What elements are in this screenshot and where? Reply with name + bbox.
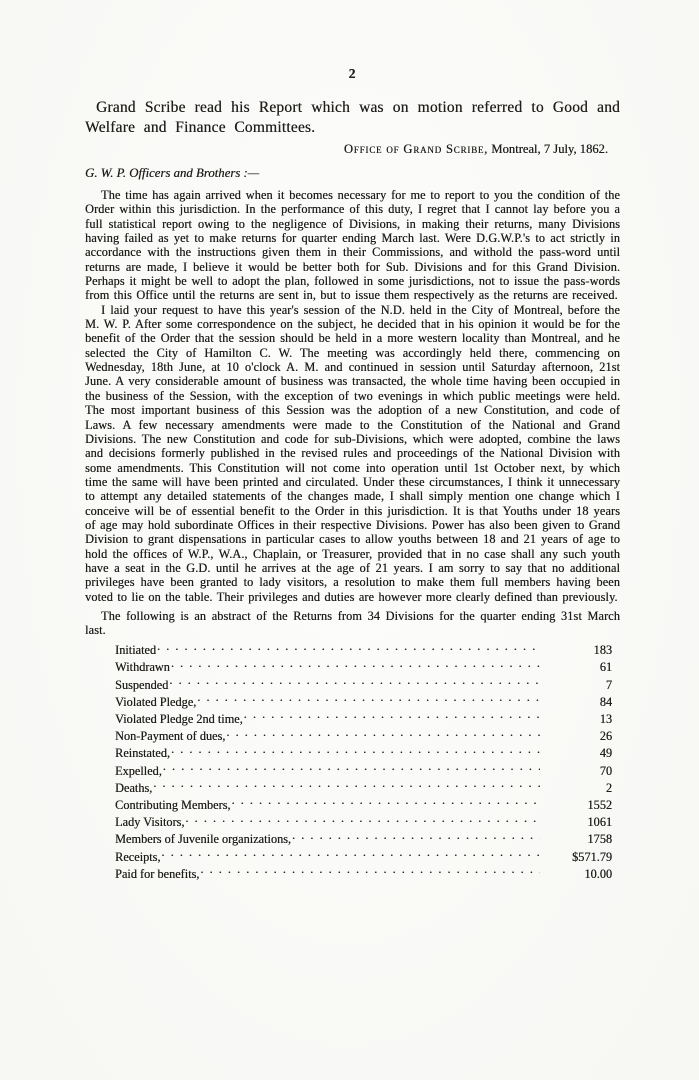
table-row: Paid for benefits,10.00: [115, 864, 612, 881]
dateline-place-date: Montreal, 7 July, 1862.: [488, 142, 608, 156]
row-value: 13: [548, 713, 612, 727]
paragraph-returns-negligence: The time has again arrived when it becom…: [85, 188, 620, 303]
report-heading: Grand Scribe read his Report which was o…: [85, 98, 620, 137]
row-value: 2: [548, 782, 612, 796]
row-value: 7: [548, 679, 612, 693]
row-value: 26: [548, 730, 612, 744]
row-value: 49: [548, 747, 612, 761]
paragraph-session-hamilton: I laid your request to have this year's …: [85, 303, 620, 604]
row-label: Members of Juvenile organizations,: [115, 833, 291, 847]
table-row: Violated Pledge 2nd time,13: [115, 709, 612, 726]
row-value: 61: [548, 661, 612, 675]
table-row: Non-Payment of dues,26: [115, 727, 612, 744]
dot-leader: [153, 778, 540, 792]
row-value: 70: [548, 765, 612, 779]
dot-leader: [197, 692, 540, 706]
row-label: Lady Visitors,: [115, 816, 184, 830]
table-row: Receipts,$571.79: [115, 847, 612, 864]
paragraph-abstract-intro: The following is an abstract of the Retu…: [85, 609, 620, 638]
row-label: Deaths,: [115, 782, 152, 796]
returns-abstract-table: Initiated183 Withdrawn61 Suspended7 Viol…: [115, 641, 612, 882]
row-value: 10.00: [548, 868, 612, 882]
scanned-document-page: 2 Grand Scribe read his Report which was…: [0, 0, 699, 1080]
row-label: Expelled,: [115, 765, 162, 779]
row-value: 1552: [548, 799, 612, 813]
dateline-office: Office of Grand Scribe,: [344, 142, 488, 156]
row-value: 183: [548, 644, 612, 658]
table-row: Reinstated,49: [115, 744, 612, 761]
page-number: 2: [85, 66, 620, 82]
table-row: Withdrawn61: [115, 658, 612, 675]
row-label: Non-Payment of dues,: [115, 730, 225, 744]
table-row: Violated Pledge,84: [115, 692, 612, 709]
table-row: Suspended7: [115, 675, 612, 692]
row-label: Receipts,: [115, 851, 160, 865]
dot-leader: [161, 847, 540, 861]
dot-leader: [244, 709, 540, 723]
row-value: 1061: [548, 816, 612, 830]
table-row: Lady Visitors,1061: [115, 813, 612, 830]
dot-leader: [200, 864, 540, 878]
dot-leader: [163, 761, 540, 775]
row-value: 1758: [548, 833, 612, 847]
row-value: $571.79: [548, 851, 612, 865]
row-label: Violated Pledge 2nd time,: [115, 713, 243, 727]
row-label: Contributing Members,: [115, 799, 230, 813]
dot-leader: [169, 675, 540, 689]
dot-leader: [226, 727, 540, 741]
dot-leader: [231, 795, 540, 809]
row-label: Suspended: [115, 679, 168, 693]
table-row: Deaths,2: [115, 778, 612, 795]
salutation: G. W. P. Officers and Brothers :—: [85, 166, 620, 181]
row-label: Initiated: [115, 644, 156, 658]
table-row: Contributing Members,1552: [115, 795, 612, 812]
dot-leader: [171, 744, 540, 758]
table-row: Initiated183: [115, 641, 612, 658]
table-row: Members of Juvenile organizations,1758: [115, 830, 612, 847]
dot-leader: [292, 830, 540, 844]
row-label: Reinstated,: [115, 747, 170, 761]
dateline: Office of Grand Scribe, Montreal, 7 July…: [85, 142, 620, 157]
row-label: Withdrawn: [115, 661, 170, 675]
row-label: Violated Pledge,: [115, 696, 196, 710]
dot-leader: [157, 641, 540, 655]
row-label: Paid for benefits,: [115, 868, 199, 882]
table-row: Expelled,70: [115, 761, 612, 778]
dot-leader: [185, 813, 540, 827]
row-value: 84: [548, 696, 612, 710]
dot-leader: [171, 658, 540, 672]
